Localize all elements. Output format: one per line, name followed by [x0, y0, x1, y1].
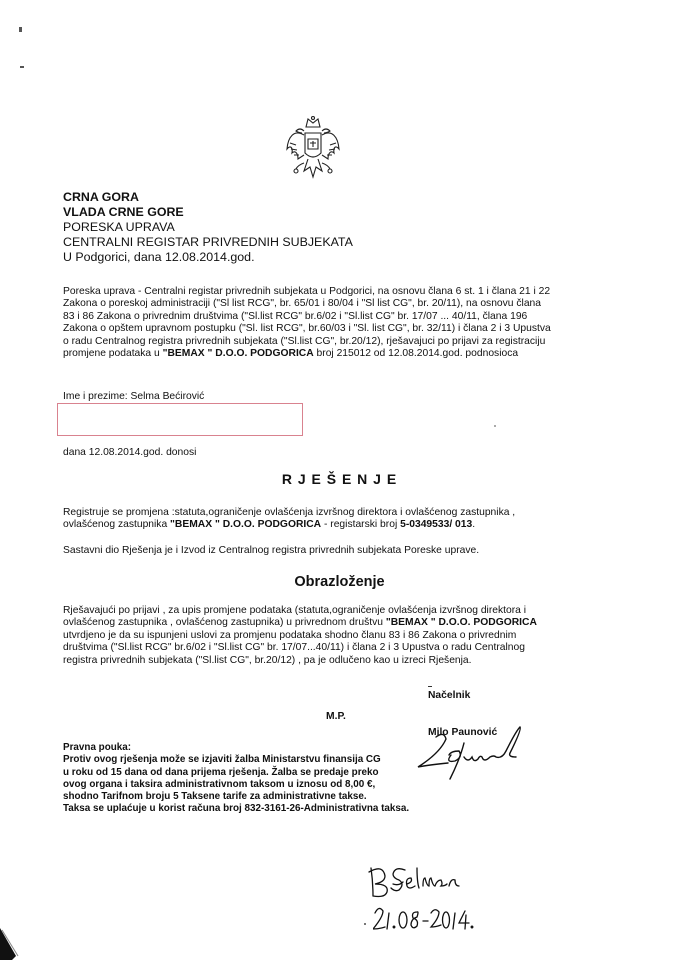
header-government: VLADA CRNE GORE: [63, 205, 184, 221]
intro-line: Zakona o poreskoj administraciji ("Sl li…: [63, 298, 633, 310]
legal-notice-title: Pravna pouka:: [63, 742, 409, 754]
legal-notice-line: shodno Tarifnom broju 5 Taksene tarife z…: [63, 791, 409, 803]
reasoning-line: utvrdjeno je da su ispunjeni uslovi za p…: [63, 630, 633, 642]
header-country: CRNA GORA: [63, 190, 139, 206]
intro-line: o radu Centralnog registra privrednih su…: [63, 336, 633, 348]
reasoning-body: Rješavajući po prijavi , za upis promjen…: [63, 605, 633, 667]
scan-mark: [364, 923, 366, 925]
document-page: CRNA GORA VLADA CRNE GORE PORESKA UPRAVA…: [0, 0, 679, 960]
intro-line: Zakona o opštem upravnom postupku ("Sl. …: [63, 323, 633, 335]
reasoning-title: Obrazloženje: [0, 574, 679, 590]
reasoning-line: društvima ("Sl.list RCG" br.6/02 i "Sl.l…: [63, 642, 633, 654]
reasoning-line: registra privrednih subjekata ("Sl.list …: [63, 655, 633, 667]
reasoning-line: Rješavajući po prijavi , za upis promjen…: [63, 605, 633, 617]
reasoning-line: ovlašćenog zastupnika , ovlašćenog zastu…: [63, 617, 633, 629]
scan-mark: [20, 66, 24, 68]
header-agency: PORESKA UPRAVA: [63, 220, 175, 236]
company-name: "BEMAX " D.O.O. PODGORICA: [170, 519, 321, 530]
decision-text: .: [472, 519, 475, 530]
decision-body: Registruje se promjena :statuta,ograniče…: [63, 507, 633, 532]
scan-mark: [428, 686, 432, 687]
decision-title: R J E Š E N J E: [0, 471, 679, 487]
legal-notice-line: u roku od 15 dana od dana prijema rješen…: [63, 767, 409, 779]
scan-mark: [494, 425, 496, 427]
intro-text: broj 215012 od 12.08.2014.god. podnosioc…: [314, 348, 518, 359]
page-corner-shadow: [0, 928, 20, 960]
signatory-role: Načelnik: [428, 690, 470, 701]
decision-text: ovlašćenog zastupnika: [63, 519, 170, 530]
handwritten-date-icon: [373, 903, 483, 937]
intro-line: 83 i 86 Zakona o privrednim društvima ("…: [63, 311, 633, 323]
header-registry: CENTRALNI REGISTAR PRIVREDNIH SUBJEKATA: [63, 235, 353, 251]
company-name: "BEMAX " D.O.O. PODGORICA: [386, 617, 537, 628]
legal-notice-line: Taksa se uplaćuje u korist računa broj 8…: [63, 803, 409, 815]
reasoning-text: ovlašćenog zastupnika , ovlašćenog zastu…: [63, 617, 386, 628]
company-name: "BEMAX " D.O.O. PODGORICA: [163, 348, 314, 359]
issued-date: dana 12.08.2014.god. donosi: [63, 447, 633, 459]
legal-notice: Pravna pouka: Protiv ovog rješenja može …: [63, 742, 409, 816]
decision-text: - registarski broj: [321, 519, 400, 530]
header-place-date: U Podgorici, dana 12.08.2014.god.: [63, 250, 255, 266]
registration-number: 5-0349533/ 013: [400, 519, 472, 530]
redacted-box: [57, 403, 303, 436]
decision-line: Registruje se promjena :statuta,ograniče…: [63, 507, 633, 519]
official-signature-icon: [406, 725, 556, 785]
intro-line: Poreska uprava - Centralni registar priv…: [63, 286, 633, 298]
scan-mark: [19, 27, 22, 32]
stamp-placeholder: M.P.: [326, 711, 346, 722]
intro-paragraph: Poreska uprava - Centralni registar priv…: [63, 286, 633, 360]
decision-annex: Sastavni dio Rješenja je i Izvod iz Cent…: [63, 545, 633, 557]
intro-text: promjene podataka u: [63, 348, 163, 359]
legal-notice-line: ovog organa i taksira administrativnom t…: [63, 779, 409, 791]
receipt-signature-icon: [365, 862, 475, 902]
intro-line: promjene podataka u "BEMAX " D.O.O. PODG…: [63, 348, 633, 360]
coat-of-arms-icon: [284, 115, 342, 183]
decision-line: ovlašćenog zastupnika "BEMAX " D.O.O. PO…: [63, 519, 633, 531]
applicant-name: Ime i prezime: Selma Bećirović: [63, 391, 633, 403]
legal-notice-line: Protiv ovog rješenja može se izjaviti ža…: [63, 754, 409, 766]
